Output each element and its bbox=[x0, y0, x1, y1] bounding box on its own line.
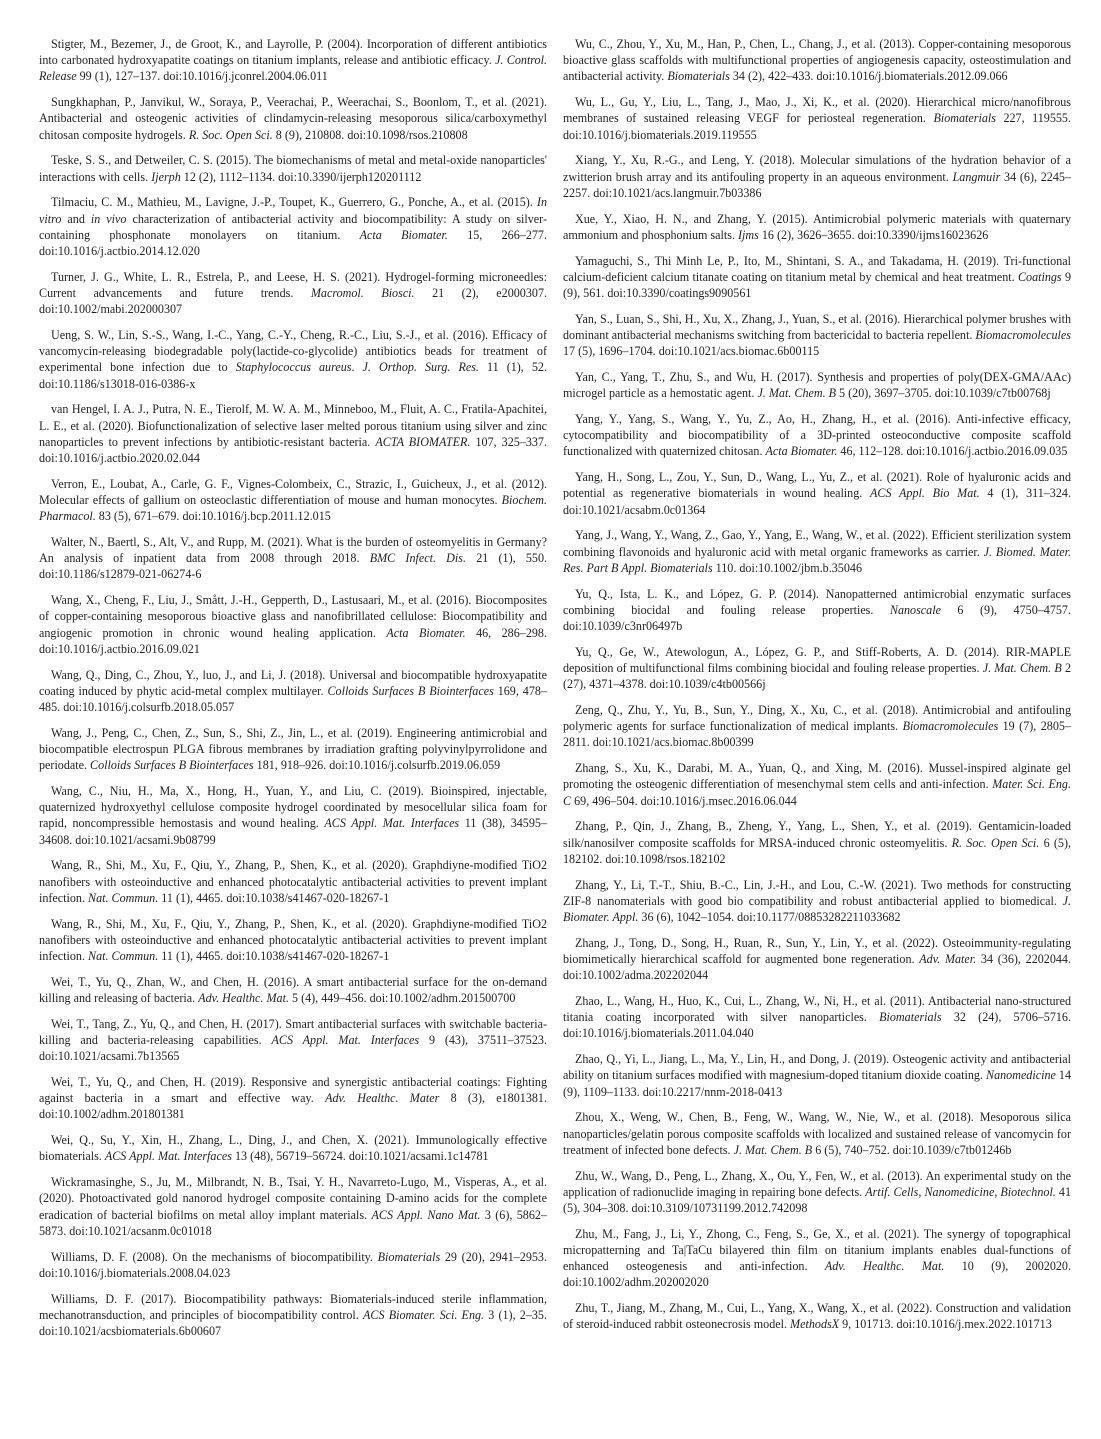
reference-entry: Wei, Q., Su, Y., Xin, H., Zhang, L., Din… bbox=[39, 1132, 547, 1164]
reference-entry: Tilmaciu, C. M., Mathieu, M., Lavigne, J… bbox=[39, 194, 547, 259]
reference-entry: Zhu, M., Fang, J., Li, Y., Zhong, C., Fe… bbox=[563, 1226, 1071, 1291]
reference-italic-text: Acta Biomater. bbox=[386, 626, 465, 640]
reference-text: 11 (1), 4465. doi:10.1038/s41467-020-182… bbox=[158, 891, 389, 905]
reference-text: Tilmaciu, C. M., Mathieu, M., Lavigne, J… bbox=[51, 195, 537, 209]
reference-italic-text: in vivo bbox=[91, 212, 127, 226]
reference-entry: Williams, D. F. (2008). On the mechanism… bbox=[39, 1249, 547, 1281]
reference-italic-text: J. Orthop. Surg. Res. bbox=[363, 360, 479, 374]
reference-entry: Wickramasinghe, S., Ju, M., Milbrandt, N… bbox=[39, 1174, 547, 1239]
reference-entry: Zhang, Y., Li, T.-T., Shiu, B.-C., Lin, … bbox=[563, 877, 1071, 926]
reference-text: 11 (1), 4465. doi:10.1038/s41467-020-182… bbox=[158, 949, 389, 963]
reference-italic-text: MethodsX bbox=[790, 1317, 839, 1331]
reference-entry: Wei, T., Tang, Z., Yu, Q., and Chen, H. … bbox=[39, 1016, 547, 1065]
reference-italic-text: ACTA BIOMATER. bbox=[375, 435, 470, 449]
reference-entry: Yan, C., Yang, T., Zhu, S., and Wu, H. (… bbox=[563, 369, 1071, 401]
reference-text: 16 (2), 3626–3655. doi:10.3390/ijms16023… bbox=[759, 228, 988, 242]
reference-text: . bbox=[351, 360, 362, 374]
reference-entry: Zhao, L., Wang, H., Huo, K., Cui, L., Zh… bbox=[563, 993, 1071, 1042]
reference-italic-text: Ijerph bbox=[151, 170, 181, 184]
reference-entry: Zeng, Q., Zhu, Y., Yu, B., Sun, Y., Ding… bbox=[563, 702, 1071, 751]
reference-italic-text: Staphylococcus aureus bbox=[236, 360, 352, 374]
reference-entry: Turner, J. G., White, L. R., Estrela, P.… bbox=[39, 269, 547, 318]
reference-text: 13 (48), 56719–56724. doi:10.1021/acsami… bbox=[232, 1149, 489, 1163]
reference-entry: Wang, C., Niu, H., Ma, X., Hong, H., Yua… bbox=[39, 783, 547, 848]
reference-entry: Sungkhaphan, P., Janvikul, W., Soraya, P… bbox=[39, 94, 547, 143]
reference-text: 5 (4), 449–456. doi:10.1002/adhm.2015007… bbox=[289, 991, 515, 1005]
reference-italic-text: Adv. Healthc. Mat. bbox=[198, 991, 289, 1005]
reference-italic-text: Adv. Healthc. Mater bbox=[325, 1091, 439, 1105]
reference-italic-text: Langmuir bbox=[953, 170, 1001, 184]
reference-entry: Yan, S., Luan, S., Shi, H., Xu, X., Zhan… bbox=[563, 311, 1071, 360]
reference-entry: Wang, R., Shi, M., Xu, F., Qiu, Y., Zhan… bbox=[39, 857, 547, 906]
references-left-column: Stigter, M., Bezemer, J., de Groot, K., … bbox=[39, 36, 547, 1349]
reference-text: 110. doi:10.1002/jbm.b.35046 bbox=[713, 561, 862, 575]
reference-italic-text: Nanoscale bbox=[890, 603, 941, 617]
reference-italic-text: Colloids Surfaces B Biointerfaces bbox=[327, 684, 493, 698]
reference-italic-text: Acta Biomater. bbox=[360, 228, 448, 242]
reference-entry: Teske, S. S., and Detweiler, C. S. (2015… bbox=[39, 152, 547, 184]
reference-text: Zhang, Y., Li, T.-T., Shiu, B.-C., Lin, … bbox=[563, 878, 1071, 908]
reference-italic-text: J. Mat. Chem. B bbox=[734, 1143, 813, 1157]
reference-text: 99 (1), 127–137. doi:10.1016/j.jconrel.2… bbox=[77, 69, 328, 83]
reference-italic-text: ACS Appl. Nano Mat. bbox=[372, 1208, 481, 1222]
reference-text: 17 (5), 1696–1704. doi:10.1021/acs.bioma… bbox=[563, 344, 819, 358]
reference-italic-text: Adv. Mater. bbox=[919, 952, 976, 966]
reference-entry: Wang, J., Peng, C., Chen, Z., Sun, S., S… bbox=[39, 725, 547, 774]
reference-italic-text: J. Mat. Chem. B bbox=[983, 661, 1062, 675]
reference-italic-text: Colloids Surfaces B Biointerfaces bbox=[90, 758, 254, 772]
reference-italic-text: Nanomedicine bbox=[986, 1068, 1056, 1082]
reference-entry: Verron, E., Loubat, A., Carle, G. F., Vi… bbox=[39, 476, 547, 525]
reference-entry: Wu, L., Gu, Y., Liu, L., Tang, J., Mao, … bbox=[563, 94, 1071, 143]
reference-italic-text: Ijms bbox=[738, 228, 759, 242]
reference-italic-text: Artif. Cells, Nanomedicine, Biotechnol. bbox=[865, 1185, 1056, 1199]
reference-text: 46, 112–128. doi:10.1016/j.actbio.2016.0… bbox=[837, 444, 1067, 458]
reference-text: and bbox=[61, 212, 90, 226]
reference-text: 5 (20), 3697–3705. doi:10.1039/c7tb00768… bbox=[836, 386, 1051, 400]
reference-entry: van Hengel, I. A. J., Putra, N. E., Tier… bbox=[39, 401, 547, 466]
reference-italic-text: ACS Appl. Mat. Interfaces bbox=[272, 1033, 420, 1047]
reference-italic-text: Biomacromolecules bbox=[975, 328, 1071, 342]
reference-page: Stigter, M., Bezemer, J., de Groot, K., … bbox=[0, 0, 1101, 1439]
reference-text: 36 (6), 1042–1054. doi:10.1177/088532822… bbox=[638, 910, 900, 924]
reference-entry: Wei, T., Yu, Q., Zhan, W., and Chen, H. … bbox=[39, 974, 547, 1006]
reference-entry: Zhang, J., Tong, D., Song, H., Ruan, R.,… bbox=[563, 935, 1071, 984]
reference-text: 12 (2), 1112–1134. doi:10.3390/ijerph120… bbox=[181, 170, 422, 184]
reference-entry: Yang, J., Wang, Y., Wang, Z., Gao, Y., Y… bbox=[563, 527, 1071, 576]
reference-italic-text: Nat. Commun. bbox=[88, 891, 158, 905]
reference-italic-text: BMC Infect. Dis. bbox=[370, 551, 466, 565]
reference-italic-text: Adv. Healthc. Mat. bbox=[825, 1259, 944, 1273]
reference-italic-text: Macromol. Biosci. bbox=[311, 286, 415, 300]
reference-italic-text: R. Soc. Open Sci. bbox=[952, 836, 1040, 850]
reference-text: 181, 918–926. doi:10.1016/j.colsurfb.201… bbox=[254, 758, 501, 772]
reference-text: 6 (5), 740–752. doi:10.1039/c7tb01246b bbox=[812, 1143, 1011, 1157]
reference-italic-text: Coatings bbox=[1018, 270, 1062, 284]
reference-entry: Wang, X., Cheng, F., Liu, J., Smått, J.-… bbox=[39, 592, 547, 657]
reference-italic-text: ACS Appl. Bio Mat. bbox=[870, 486, 980, 500]
reference-entry: Williams, D. F. (2017). Biocompatibility… bbox=[39, 1291, 547, 1340]
reference-text: 83 (5), 671–679. doi:10.1016/j.bcp.2011.… bbox=[96, 509, 331, 523]
reference-entry: Wei, T., Yu, Q., and Chen, H. (2019). Re… bbox=[39, 1074, 547, 1123]
reference-text: Stigter, M., Bezemer, J., de Groot, K., … bbox=[39, 37, 547, 67]
reference-entry: Yu, Q., Ista, L. K., and López, G. P. (2… bbox=[563, 586, 1071, 635]
reference-italic-text: Nat. Commun. bbox=[88, 949, 158, 963]
reference-entry: Xiang, Y., Xu, R.-G., and Leng, Y. (2018… bbox=[563, 152, 1071, 201]
reference-entry: Yang, Y., Yang, S., Wang, Y., Yu, Z., Ao… bbox=[563, 411, 1071, 460]
reference-entry: Yang, H., Song, L., Zou, Y., Sun, D., Wa… bbox=[563, 469, 1071, 518]
reference-entry: Yamaguchi, S., Thi Minh Le, P., Ito, M.,… bbox=[563, 253, 1071, 302]
reference-text: 69, 496–504. doi:10.1016/j.msec.2016.06.… bbox=[571, 794, 797, 808]
reference-entry: Zhang, P., Qin, J., Zhang, B., Zheng, Y.… bbox=[563, 818, 1071, 867]
reference-entry: Zhu, W., Wang, D., Peng, L., Zhang, X., … bbox=[563, 1168, 1071, 1217]
reference-entry: Yu, Q., Ge, W., Atewologun, A., López, G… bbox=[563, 644, 1071, 693]
reference-entry: Zhu, T., Jiang, M., Zhang, M., Cui, L., … bbox=[563, 1300, 1071, 1332]
reference-text: 34 (2), 422–433. doi:10.1016/j.biomateri… bbox=[730, 69, 1008, 83]
reference-italic-text: Biomaterials bbox=[667, 69, 729, 83]
reference-italic-text: J. Mat. Chem. B bbox=[757, 386, 836, 400]
reference-text: Yamaguchi, S., Thi Minh Le, P., Ito, M.,… bbox=[563, 254, 1071, 284]
reference-entry: Stigter, M., Bezemer, J., de Groot, K., … bbox=[39, 36, 547, 85]
reference-entry: Zhou, X., Weng, W., Chen, B., Feng, W., … bbox=[563, 1109, 1071, 1158]
reference-entry: Xue, Y., Xiao, H. N., and Zhang, Y. (201… bbox=[563, 211, 1071, 243]
reference-text: Verron, E., Loubat, A., Carle, G. F., Vi… bbox=[39, 477, 547, 507]
reference-entry: Zhang, S., Xu, K., Darabi, M. A., Yuan, … bbox=[563, 760, 1071, 809]
reference-entry: Walter, N., Baertl, S., Alt, V., and Rup… bbox=[39, 534, 547, 583]
reference-entry: Ueng, S. W., Lin, S.-S., Wang, I.-C., Ya… bbox=[39, 327, 547, 392]
references-right-column: Wu, C., Zhou, Y., Xu, M., Han, P., Chen,… bbox=[563, 36, 1071, 1342]
reference-italic-text: ACS Appl. Mat. Interfaces bbox=[105, 1149, 232, 1163]
reference-italic-text: Biomacromolecules bbox=[903, 719, 999, 733]
reference-italic-text: Acta Biomater. bbox=[766, 444, 838, 458]
reference-italic-text: ACS Appl. Mat. Interfaces bbox=[324, 816, 459, 830]
reference-entry: Zhao, Q., Yi, L., Jiang, L., Ma, Y., Lin… bbox=[563, 1051, 1071, 1100]
reference-entry: Wang, R., Shi, M., Xu, F., Qiu, Y., Zhan… bbox=[39, 916, 547, 965]
reference-italic-text: Biomaterials bbox=[378, 1250, 440, 1264]
reference-entry: Wang, Q., Ding, C., Zhou, Y., luo, J., a… bbox=[39, 667, 547, 716]
reference-text: Williams, D. F. (2008). On the mechanism… bbox=[51, 1250, 378, 1264]
reference-text: 9, 101713. doi:10.1016/j.mex.2022.101713 bbox=[839, 1317, 1052, 1331]
reference-italic-text: R. Soc. Open Sci. bbox=[189, 128, 273, 142]
reference-text: 8 (9), 210808. doi:10.1098/rsos.210808 bbox=[273, 128, 468, 142]
reference-italic-text: Biomaterials bbox=[933, 111, 995, 125]
reference-italic-text: Biomaterials bbox=[879, 1010, 941, 1024]
reference-italic-text: ACS Biomater. Sci. Eng. bbox=[363, 1308, 484, 1322]
reference-entry: Wu, C., Zhou, Y., Xu, M., Han, P., Chen,… bbox=[563, 36, 1071, 85]
